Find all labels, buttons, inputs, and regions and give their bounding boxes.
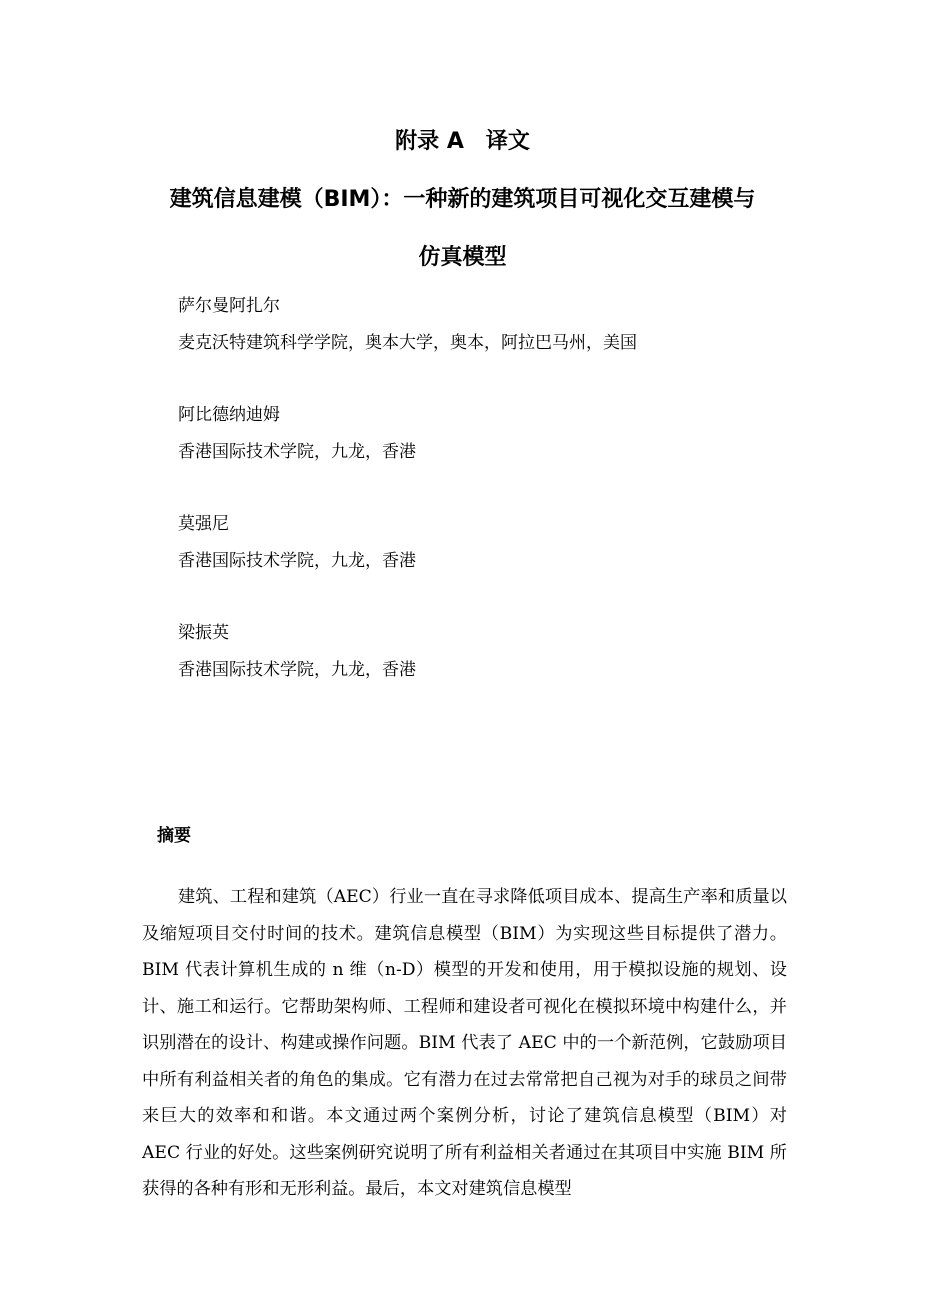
author-block: 莫强尼 香港国际技术学院，九龙，香港 bbox=[178, 513, 416, 572]
author-block: 梁振英 香港国际技术学院，九龙，香港 bbox=[178, 622, 416, 681]
author-block: 萨尔曼阿扎尔 麦克沃特建筑科学学院，奥本大学，奥本，阿拉巴马州，美国 bbox=[178, 295, 637, 354]
author-name: 梁振英 bbox=[178, 622, 416, 644]
author-affiliation: 香港国际技术学院，九龙，香港 bbox=[178, 441, 416, 463]
author-affiliation: 香港国际技术学院，九龙，香港 bbox=[178, 550, 416, 572]
document-title-line-2: 仿真模型 bbox=[0, 244, 925, 272]
author-affiliation: 香港国际技术学院，九龙，香港 bbox=[178, 659, 416, 681]
abstract-heading: 摘要 bbox=[157, 825, 191, 847]
author-name: 莫强尼 bbox=[178, 513, 416, 535]
author-name: 阿比德纳迪姆 bbox=[178, 404, 416, 426]
document-title-line-1: 建筑信息建模（BIM）：一种新的建筑项目可视化交互建模与 bbox=[0, 186, 925, 214]
author-affiliation: 麦克沃特建筑科学学院，奥本大学，奥本，阿拉巴马州，美国 bbox=[178, 332, 637, 354]
abstract-body: 建筑、工程和建筑（AEC）行业一直在寻求降低项目成本、提高生产率和质量以及缩短项… bbox=[142, 879, 787, 1208]
document-page: 附录 A 译文 建筑信息建模（BIM）：一种新的建筑项目可视化交互建模与 仿真模… bbox=[0, 0, 925, 1309]
appendix-title: 附录 A 译文 bbox=[0, 128, 925, 156]
author-name: 萨尔曼阿扎尔 bbox=[178, 295, 637, 317]
author-block: 阿比德纳迪姆 香港国际技术学院，九龙，香港 bbox=[178, 404, 416, 463]
